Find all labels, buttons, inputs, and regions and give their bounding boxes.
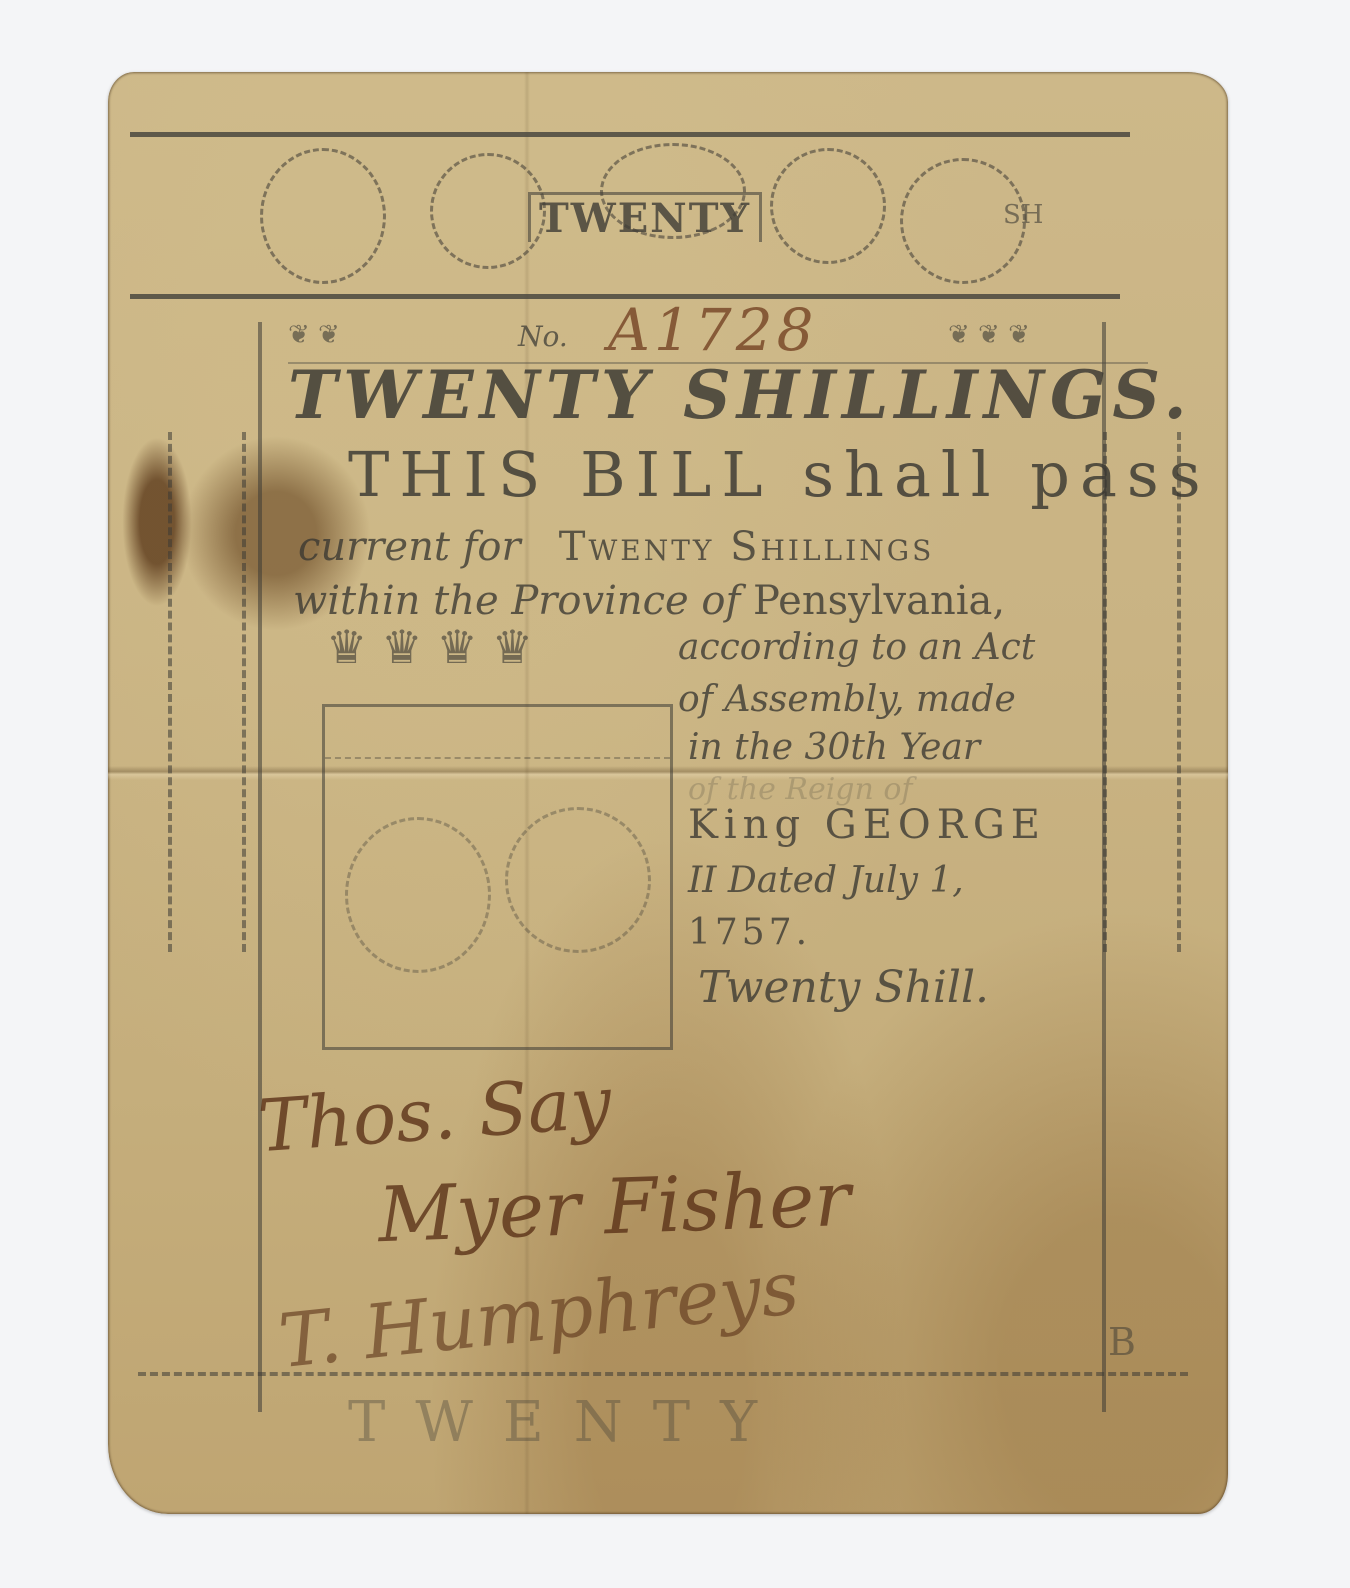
text-right-line-2: of Assembly, made (678, 679, 1016, 720)
heading: TWENTY SHILLINGS. (288, 356, 1193, 434)
current-prefix: current for (298, 524, 521, 570)
corner-mark: B (1108, 1320, 1136, 1364)
this-bill-line: THIS BILL shall pass (348, 438, 1211, 511)
current-amount: Twenty Shillings (559, 524, 934, 570)
scroll-ornament (770, 148, 886, 264)
text-right-line-3: in the 30th Year (688, 727, 980, 768)
fleuron-ornaments-left: ❦ ❦ (288, 320, 340, 350)
vignette-top-band (325, 707, 670, 759)
province-line: within the Province of Pensylvania, (293, 578, 1005, 624)
fleuron-ornaments-right: ❦ ❦ ❦ (948, 320, 1030, 350)
province-prefix: within the Province of (293, 578, 740, 624)
serial-label: No. (518, 320, 568, 353)
text-right-line-7: 1757. (688, 912, 811, 953)
text-right-line-6: II Dated July 1, (688, 860, 964, 901)
serial-row: ❦ ❦ No. A1728 ❦ ❦ ❦ (288, 308, 1148, 358)
top-border-right-label: SH (1003, 200, 1044, 230)
province-name: Pensylvania, (753, 578, 1005, 624)
text-right-line-5: King GEORGE (688, 802, 1046, 848)
banknote: TWENTY SH ❦ ❦ No. A1728 ❦ ❦ ❦ TWENTY SHI… (108, 72, 1228, 1514)
text-right-line-1: according to an Act (678, 627, 1035, 668)
left-column-ornament (168, 432, 246, 952)
vignette-panel (322, 704, 673, 1050)
text-right-line-8: Twenty Shill. (698, 962, 989, 1013)
serial-number: A1728 (608, 296, 818, 364)
signature-fisher: Myer Fisher (377, 1154, 852, 1259)
top-border-label: TWENTY (528, 192, 762, 242)
vignette-scroll (505, 807, 651, 953)
vignette-scroll (345, 817, 491, 973)
scroll-ornament (260, 148, 386, 284)
bottom-border-label: TWENTY (348, 1390, 787, 1455)
current-line: current for Twenty Shillings (298, 524, 934, 570)
crown-ornaments: ♛♛♛♛ (326, 620, 547, 674)
